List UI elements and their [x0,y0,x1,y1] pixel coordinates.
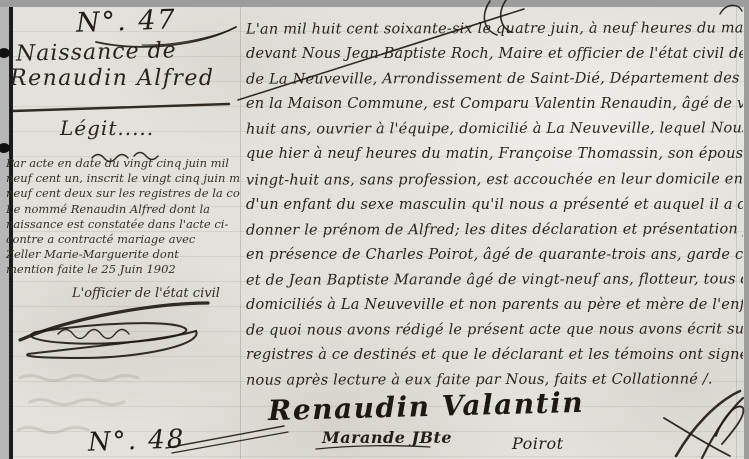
act-text-line: de quoi nous avons rédigé le présent act… [246,316,743,342]
scan-frame-right [744,7,749,459]
act-text-line: registres à ce destinés et que le déclar… [246,342,743,367]
act-text-line: devant Nous Jean Baptiste Roch, Maire et… [246,41,743,66]
legitimacy-note: Légit..... [60,116,154,140]
act-text-line: L'an mil huit cent soixante-six le quatr… [246,16,743,42]
signature-marande: Marande JBte [322,428,452,447]
margin-note-line: Le nommé Renaudin Alfred dont la [6,202,240,217]
act-text-line: en la Maison Commune, est Comparu Valent… [246,91,743,116]
margin-note-line: naissance est constatée dans l'acte ci- [6,217,240,232]
act-text-line: domiciliés à La Neuveville et non parent… [246,292,743,317]
scanned-register-page: N°. 47 Naissance de Renaudin Alfred Légi… [0,0,749,459]
margin-note-line: mention faite le 25 Juin 1902 [6,262,240,277]
officer-caption: L'officier de l'état civil [72,286,220,301]
margin-divider-line [240,7,241,459]
marriage-margin-note: Par acte en date du vingt cinq juin mil … [6,156,240,282]
act-body-text: L'an mil huit cent soixante-six le quatr… [246,16,743,396]
act-title-line2: Renaudin Alfred [10,66,215,91]
act-text-line: huit ans, ouvrier à l'équipe, domicilié … [246,116,743,142]
signature-poirot: Poirot [512,434,564,453]
act-text-line: donner le prénom de Alfred; les dites dé… [246,216,743,242]
margin-note-line: neuf cent un, inscrit le vingt cinq juin… [6,171,240,186]
act-text-line: de La Neuveville, Arrondissement de Sain… [246,66,743,92]
margin-note-line: Zeller Marie-Marguerite dont [6,247,240,262]
margin-note-line: contre a contracté mariage avec [6,232,240,247]
margin-note-line: Par acte en date du vingt cinq juin mil [6,156,240,171]
next-act-number: N°. 48 [88,424,186,457]
act-number: N°. 47 [75,4,177,38]
act-text-line: vingt-huit ans, sans profession, est acc… [246,166,743,192]
act-text-line: en présence de Charles Poirot, âgé de qu… [246,242,743,267]
act-text-line: et de Jean Baptiste Marande âgé de vingt… [246,266,743,292]
act-text-line: que hier à neuf heures du matin, Françoi… [246,141,743,166]
act-title-line1: Naissance de [16,38,177,66]
act-text-line: d'un enfant du sexe masculin qu'il nous … [246,192,743,217]
margin-note-line: neuf cent deux sur les registres de la c… [6,186,240,201]
